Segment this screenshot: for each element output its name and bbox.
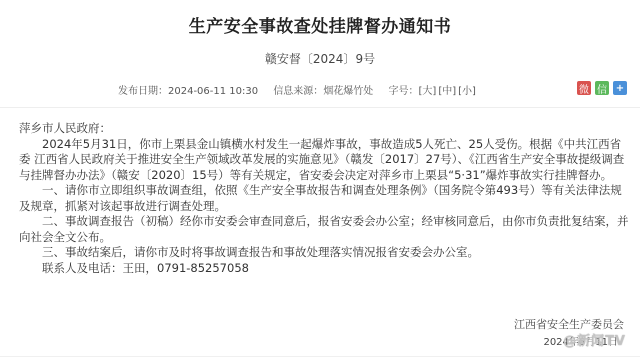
publish-date-label: 发布日期： [118, 86, 168, 97]
share-buttons: 微 信 + [577, 81, 627, 95]
more-share-icon[interactable]: + [613, 81, 627, 95]
meta-row: 发布日期：2024-06-11 10:30 信息来源：烟花爆竹处 字号：[大][… [118, 82, 490, 97]
publish-date-value: 2024-06-11 10:30 [168, 86, 258, 97]
document-body: 萍乡市人民政府： 2024年5月31日，你市上栗县金山镇横水村发生一起爆炸事故，… [19, 121, 629, 276]
document-title: 生产安全事故查处挂牌督办通知书 [0, 12, 640, 37]
source-value: 烟花爆竹处 [323, 86, 373, 97]
notice-page: 生产安全事故查处挂牌督办通知书 赣安督〔2024〕9号 发布日期：2024-06… [0, 0, 640, 360]
bottom-divider [0, 356, 640, 357]
font-size-controls: 字号：[大][中][小] [389, 86, 478, 97]
paragraph-item-3: 三、事故结案后，请你市及时将事故调查报告和事故处理落实情况报省安委会办公室。 [19, 245, 629, 261]
wechat-icon[interactable]: 信 [595, 81, 609, 95]
paragraph-intro: 2024年5月31日，你市上栗县金山镇横水村发生一起爆炸事故，事故造成5人死亡、… [19, 137, 629, 184]
salutation: 萍乡市人民政府： [19, 121, 629, 137]
publish-date: 发布日期：2024-06-11 10:30 [118, 86, 261, 97]
font-size-label: 字号： [389, 86, 419, 97]
font-size-large-link[interactable]: [大] [419, 86, 437, 97]
info-source: 信息来源：烟花爆竹处 [273, 86, 376, 97]
document-number: 赣安督〔2024〕9号 [0, 50, 640, 67]
font-size-small-link[interactable]: [小] [458, 86, 476, 97]
paragraph-item-2: 二、事故调查报告（初稿）经你市安委会审查同意后，报省安委会办公室；经审核同意后，… [19, 214, 629, 245]
font-size-medium-link[interactable]: [中] [438, 86, 456, 97]
contact-info: 联系人及电话：王田，0791-85257058 [19, 261, 629, 277]
watermark: @新闻TV [563, 330, 626, 349]
paragraph-item-1: 一、请你市立即组织事故调查组，依照《生产安全事故报告和调查处理条例》（国务院令第… [19, 183, 629, 214]
header-divider [0, 107, 640, 108]
source-label: 信息来源： [273, 86, 323, 97]
weibo-icon[interactable]: 微 [577, 81, 591, 95]
